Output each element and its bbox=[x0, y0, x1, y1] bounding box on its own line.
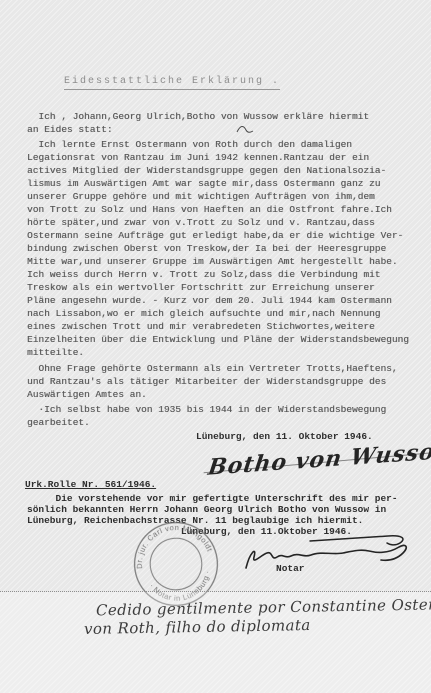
notary-title-label: Notar bbox=[276, 562, 305, 575]
declaration-body: Ich lernte Ernst Ostermann von Roth durc… bbox=[27, 138, 409, 359]
notary-signature-scrawl bbox=[240, 532, 415, 574]
declaration-membership: Ohne Frage gehörte Ostermann als ein Ver… bbox=[27, 362, 398, 401]
deed-roll-number: Urk.Rolle Nr. 561/1946. bbox=[25, 478, 156, 491]
date-line-declarant: Lüneburg, den 11. Oktober 1946. bbox=[196, 430, 373, 443]
declaration-intro: Ich , Johann,Georg Ulrich,Botho von Wuss… bbox=[27, 110, 369, 136]
document-title: Eidesstattliche Erklärung . bbox=[64, 76, 280, 90]
declarant-signature: Botho von Wussow bbox=[206, 437, 431, 481]
scanned-affidavit-page: Eidesstattliche Erklärung . Ich , Johann… bbox=[0, 0, 431, 693]
declaration-self-statement: ·Ich selbst habe von 1935 bis 1944 in de… bbox=[27, 403, 386, 429]
